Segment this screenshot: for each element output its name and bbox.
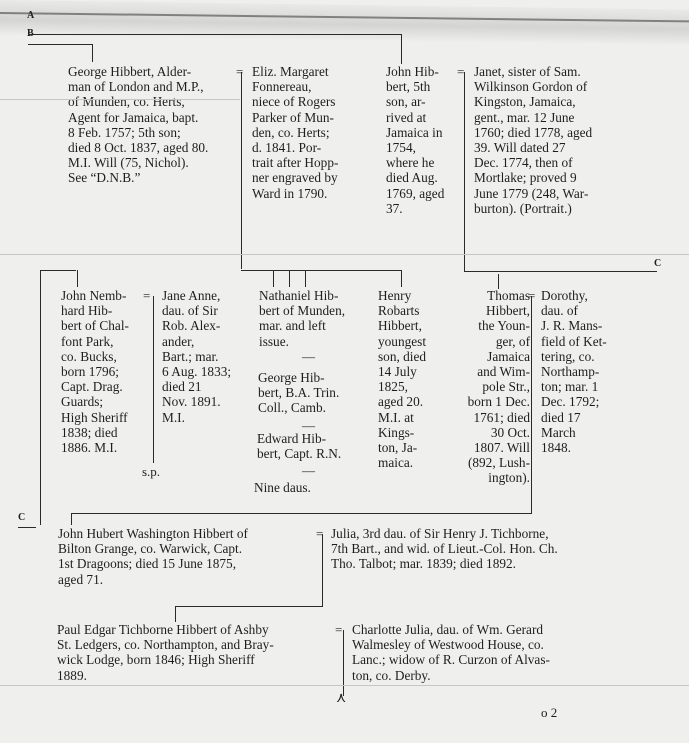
entry-george-hibbert: George Hibbert, Alder- man of London and… <box>68 64 240 186</box>
issue-line-thomas <box>531 296 532 513</box>
line-b <box>28 44 93 45</box>
descent-arrow-icon: ⋏ <box>336 692 346 705</box>
child-drop <box>289 271 290 287</box>
scan-line <box>0 99 240 100</box>
marker-c-underline <box>18 527 36 528</box>
issue-line-john-nembhard <box>153 296 154 463</box>
entry-thomas-hibbert: Thomas Hibbert, the Youn- ger, of Jamaic… <box>452 288 530 486</box>
issue-line-john <box>464 72 465 271</box>
children-line-thomas <box>71 513 532 514</box>
issue-line-george <box>241 72 242 269</box>
page-fold-shadow <box>0 0 689 46</box>
line-c-connector <box>40 270 76 271</box>
marriage-symbol: = <box>335 623 342 636</box>
entry-nathaniel-hibbert: Nathaniel Hib- bert of Munden, mar. and … <box>259 288 361 349</box>
scan-line <box>0 254 689 255</box>
line-a <box>28 34 401 35</box>
line-c-vertical <box>40 270 41 525</box>
line-a-drop <box>401 34 402 64</box>
issue-line-paul <box>343 630 344 696</box>
children-line-george <box>241 270 402 271</box>
entry-dorothy-mansfield: Dorothy, dau. of J. R. Mans- field of Ke… <box>541 288 621 455</box>
children-line-john-hubert <box>175 606 323 607</box>
entry-jane-anne-alexander: Jane Anne, dau. of Sir Rob. Alex- ander,… <box>162 288 242 425</box>
line-b-drop <box>92 44 93 62</box>
children-line-john <box>464 271 657 272</box>
scan-line <box>0 685 689 686</box>
entry-john-nembhard-hibbert: John Nemb- hard Hib- bert of Chal- font … <box>61 288 144 455</box>
marker-c-right: C <box>654 258 661 269</box>
marker-a: A <box>27 10 34 21</box>
marriage-symbol: = <box>143 289 150 302</box>
issue-line-john-hubert <box>322 534 323 606</box>
marriage-symbol: = <box>236 65 243 78</box>
entry-henry-robarts-hibbert: Henry Robarts Hibbert, youngest son, die… <box>378 288 438 470</box>
child-drop <box>71 513 72 525</box>
page-number: o 2 <box>541 705 557 721</box>
separator-dash: — <box>302 463 315 479</box>
entry-edward-hibbert: Edward Hib- bert, Capt. R.N. <box>257 431 359 461</box>
entry-john-hibbert: John Hib- bert, 5th son, ar- rived at Ja… <box>386 64 458 216</box>
entry-george-hibbert-ba: George Hib- bert, B.A. Trin. Coll., Camb… <box>258 370 358 416</box>
marker-c-left: C <box>18 512 25 523</box>
child-drop <box>498 274 499 289</box>
child-drop <box>305 271 306 287</box>
sine-prole: s.p. <box>142 464 160 480</box>
child-drop <box>77 270 78 287</box>
child-drop <box>175 606 176 622</box>
entry-julia-tichborne: Julia, 3rd dau. of Sir Henry J. Tichborn… <box>331 526 627 572</box>
child-drop <box>273 271 274 287</box>
entry-charlotte-julia-walmesley: Charlotte Julia, dau. of Wm. Gerard Walm… <box>352 622 638 683</box>
entry-john-hubert-washington-hibbert: John Hubert Washington Hibbert of Bilton… <box>58 526 316 587</box>
child-drop <box>401 271 402 287</box>
entry-eliz-margaret-fonnereau: Eliz. Margaret Fonnereau, niece of Roger… <box>252 64 356 201</box>
entry-janet-gordon: Janet, sister of Sam. Wilkinson Gordon o… <box>474 64 622 216</box>
entry-nine-daughters: Nine daus. <box>254 480 344 495</box>
entry-paul-edgar-tichborne-hibbert: Paul Edgar Tichborne Hibbert of Ashby St… <box>57 622 336 683</box>
separator-dash: — <box>302 349 315 365</box>
